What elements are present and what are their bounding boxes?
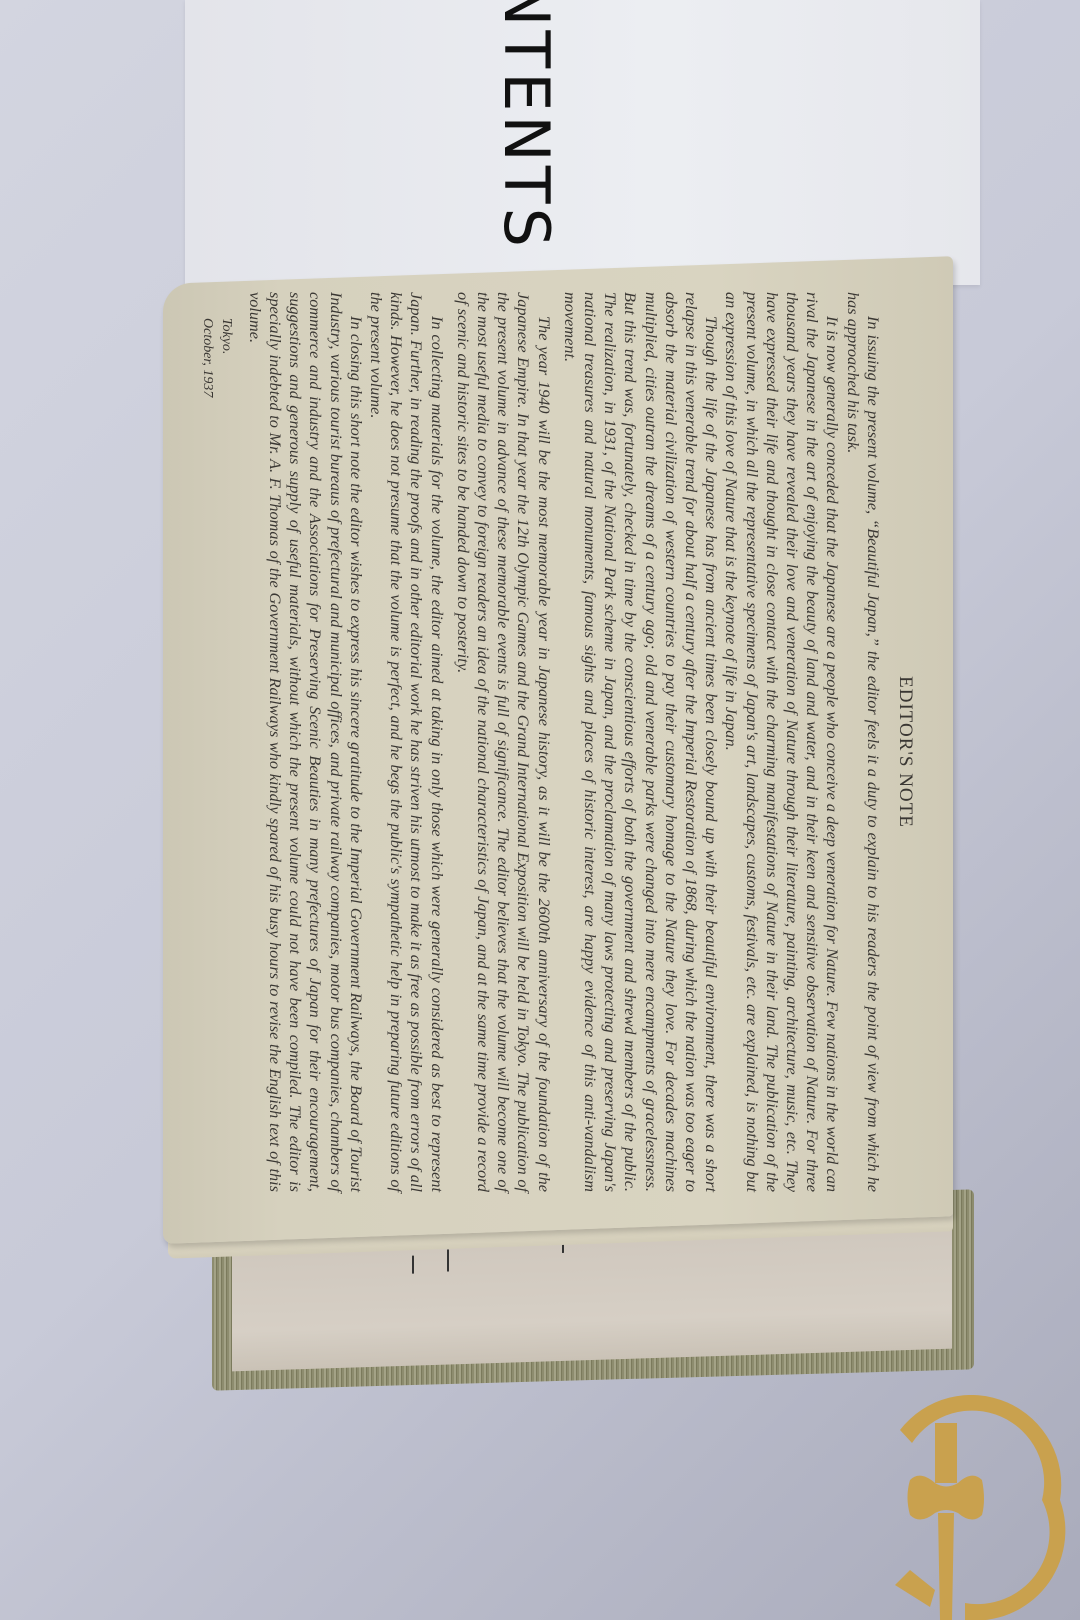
paragraph: In issuing the present volume, “Beautifu… (842, 292, 882, 1192)
paragraph: It is now generally conceded that the Ja… (721, 292, 842, 1192)
paragraph: The year 1940 will be the most memorable… (453, 292, 554, 1192)
signoff-date: October, 1937 (199, 318, 218, 1192)
signoff: Tokyo. October, 1937 (199, 318, 237, 1192)
paragraph: In closing this short note the editor wi… (245, 292, 366, 1192)
paragraph: Though the life of the Japanese has from… (560, 292, 722, 1192)
signoff-place: Tokyo. (218, 318, 237, 1192)
pencil-mark (412, 1256, 414, 1274)
auction-gavel-logo-icon (890, 1395, 1070, 1620)
paragraph: In collecting materials for the volume, … (366, 292, 447, 1192)
page-title: EDITOR'S NOTE (895, 292, 915, 1192)
contents-heading: NTENTS (490, 0, 563, 251)
editors-note-text: EDITOR'S NOTE In issuing the present vol… (215, 292, 915, 1192)
contents-sheet: NTENTS (185, 0, 980, 285)
pencil-mark (447, 1249, 449, 1271)
